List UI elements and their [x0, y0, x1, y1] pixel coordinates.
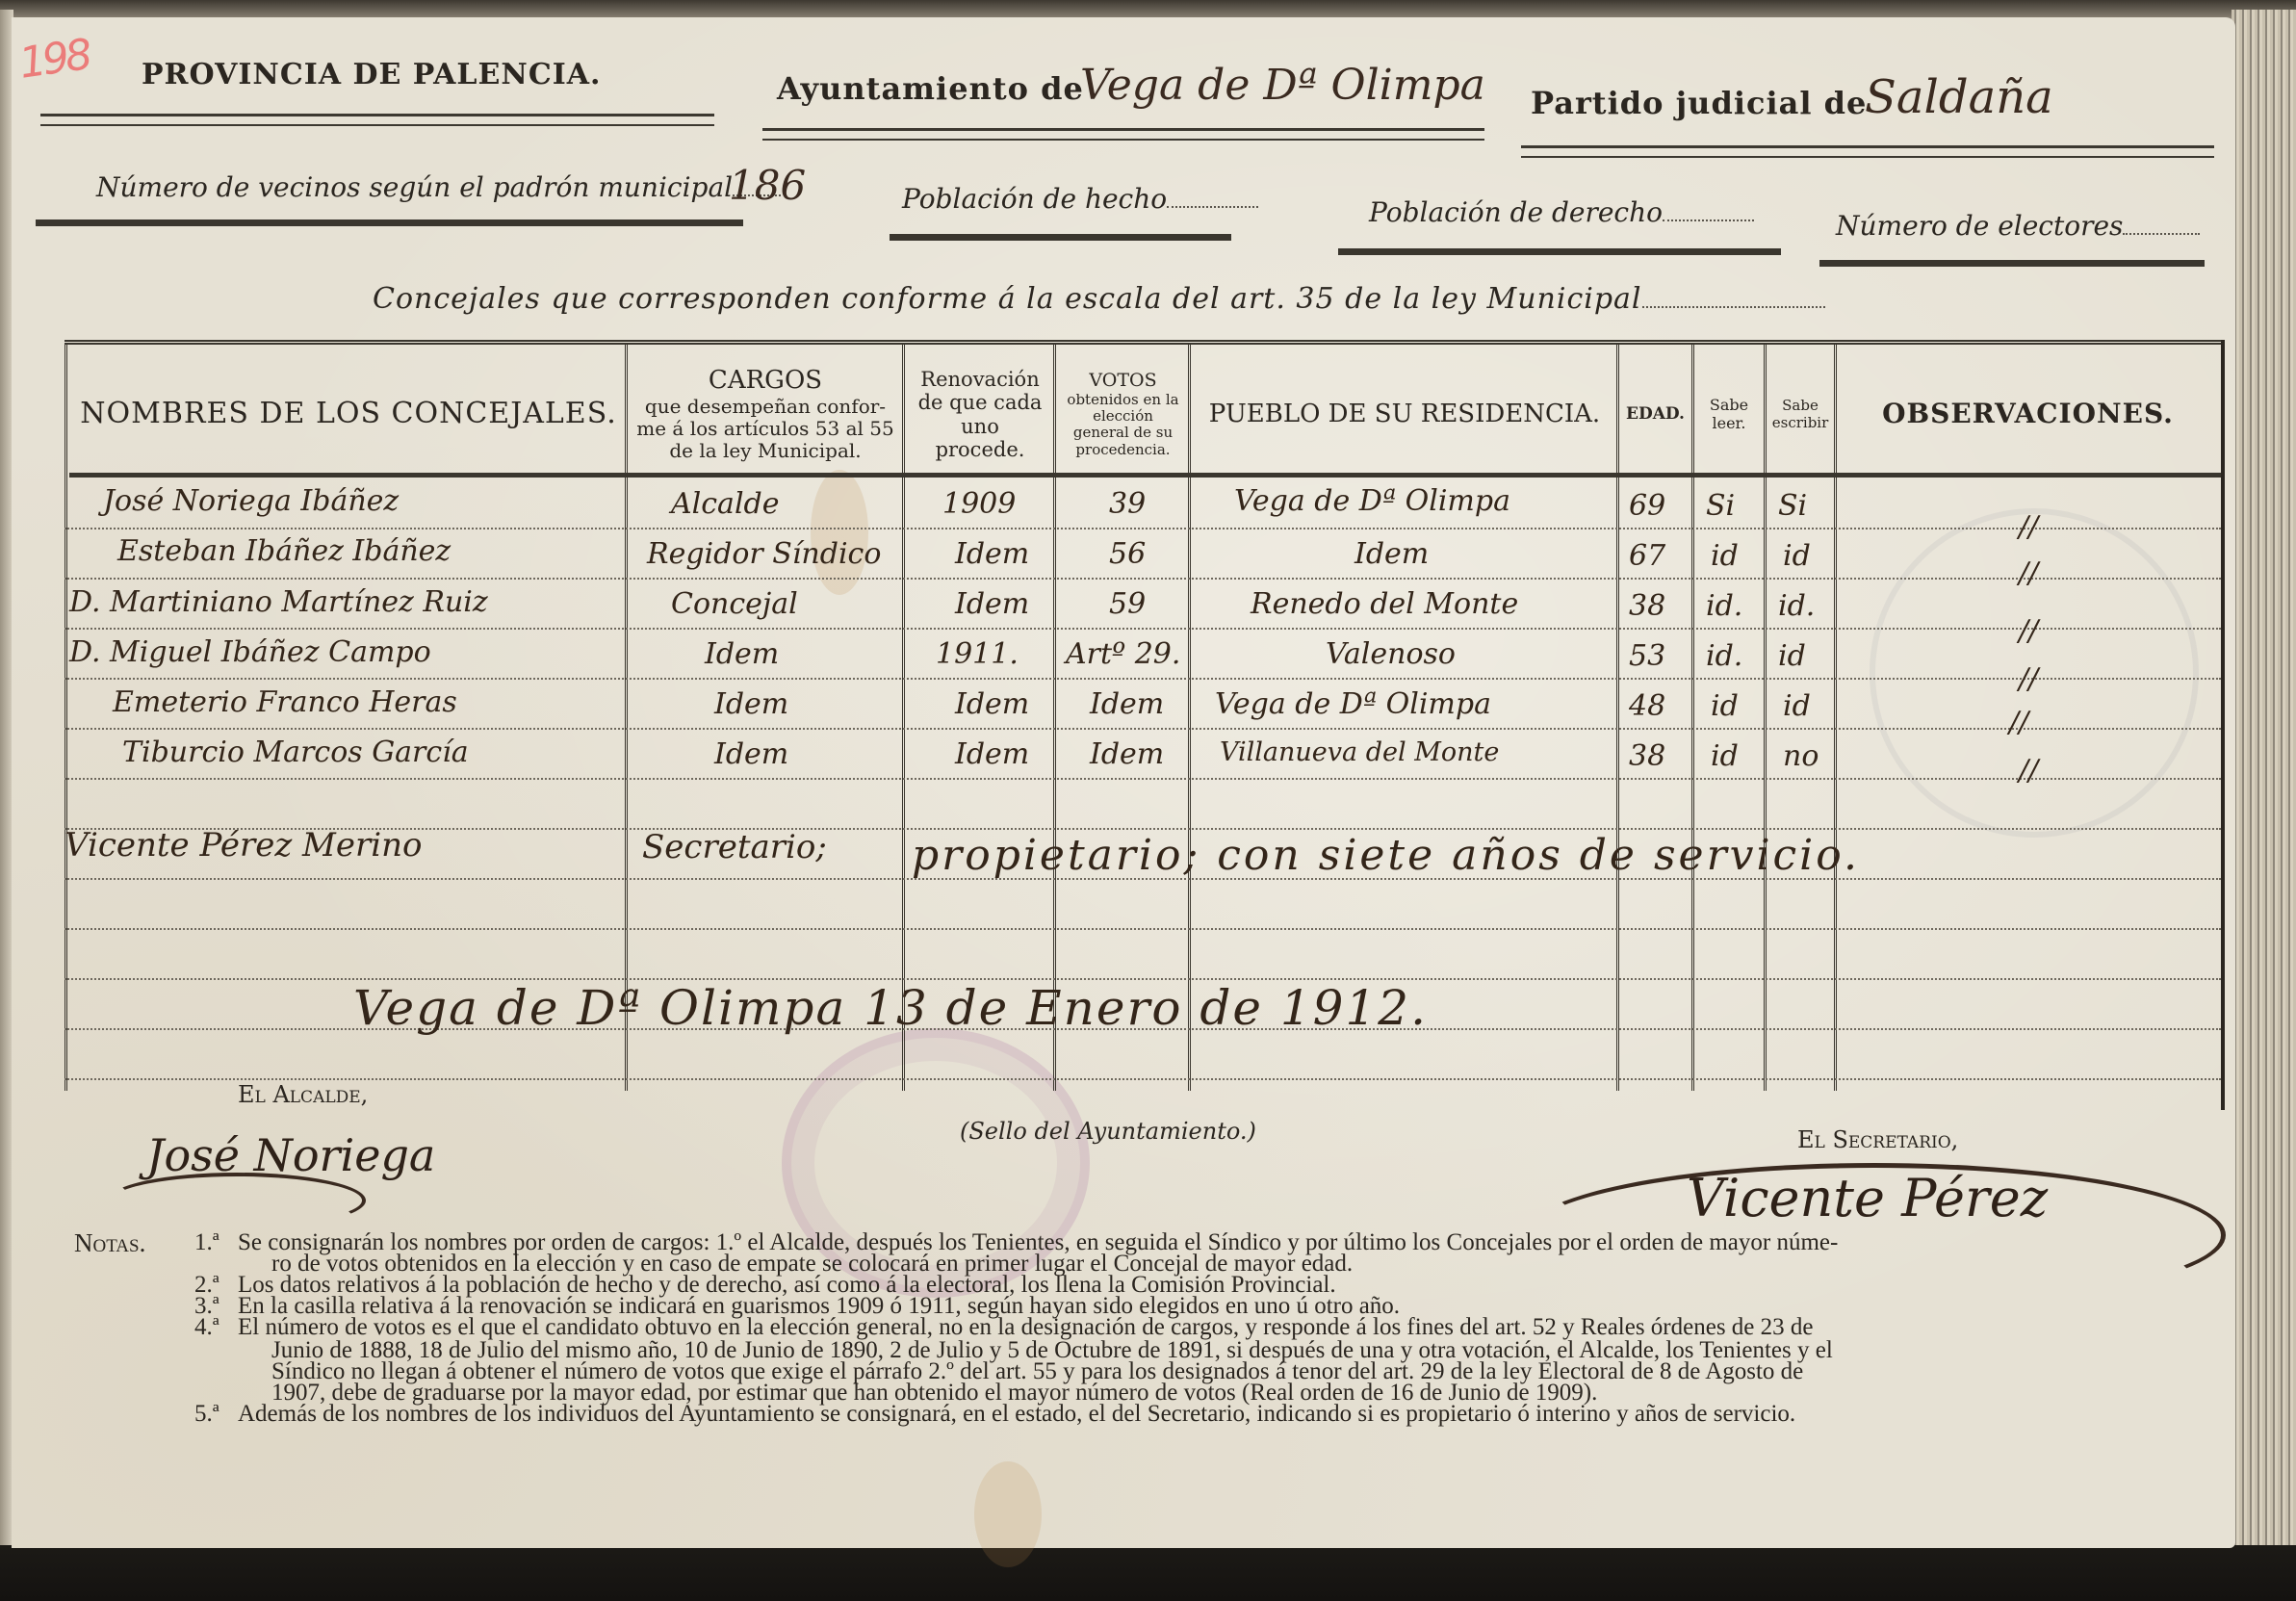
row-line — [64, 678, 2221, 680]
row-line — [64, 578, 2221, 580]
row-line — [64, 1078, 2221, 1080]
cell-leer: id — [1711, 689, 1739, 723]
secretario-cargo: Secretario; — [642, 828, 827, 866]
row-line — [64, 928, 2221, 930]
row-line — [64, 728, 2221, 730]
alcalde-signature: José Noriega — [146, 1129, 435, 1181]
cell-pueblo: Vega de Dª Olimpa — [1215, 687, 1491, 721]
header-edad: EDAD. — [1620, 354, 1690, 475]
notes-label: Notas. — [74, 1232, 145, 1255]
header-rule — [69, 473, 2221, 478]
header-rule — [1521, 145, 2214, 158]
document-page: 198 PROVINCIA DE PALENCIA. Ayuntamiento … — [12, 17, 2235, 1548]
header-rule — [762, 128, 1484, 141]
header-cargos-sub: que desempeñan confor- me á los artículo… — [631, 396, 900, 462]
cell-pueblo: Idem — [1354, 537, 1429, 571]
header-votos: VOTOS obtenidos en la elección general d… — [1059, 354, 1187, 475]
table-border-right — [2221, 340, 2225, 1110]
cell-edad: 69 — [1629, 489, 1665, 523]
cell-obs: // — [2019, 556, 2038, 590]
secretario-nombre: Vicente Pérez Merino — [64, 826, 422, 865]
header-observaciones: OBSERVACIONES. — [1838, 354, 2218, 475]
header-nombres: NOMBRES DE LOS CONCEJALES. — [74, 354, 623, 475]
cell-escribir: id — [1783, 689, 1811, 723]
cell-obs: // — [2019, 662, 2038, 696]
cell-edad: 48 — [1629, 689, 1665, 723]
cell-nombre: Emeterio Franco Heras — [113, 685, 457, 719]
book-page-edges — [2232, 10, 2296, 1560]
cell-cargo: Idem — [714, 737, 788, 771]
cell-nombre: Tiburcio Marcos García — [122, 736, 469, 769]
cell-edad: 38 — [1629, 739, 1665, 773]
electores-label: Número de electores — [1836, 210, 2200, 242]
header-votos-sub: obtenidos en la elección general de su p… — [1059, 392, 1187, 458]
cell-obs: // — [2019, 510, 2038, 544]
cell-nombre: Esteban Ibáñez Ibáñez — [117, 534, 451, 568]
foxing-stain — [974, 1461, 1042, 1567]
cell-votos: 39 — [1109, 487, 1146, 521]
cell-votos: 56 — [1109, 537, 1146, 571]
cell-pueblo: Villanueva del Monte — [1220, 737, 1499, 767]
cell-cargo: Idem — [714, 687, 788, 721]
alcalde-label: El Alcalde, — [238, 1081, 368, 1108]
vecinos-value: 186 — [729, 162, 806, 209]
header-sabe-escribir: Sabe escribir — [1767, 354, 1833, 475]
cell-obs: // — [2009, 706, 2028, 739]
field-rule — [1819, 260, 2205, 267]
cell-escribir: no — [1783, 739, 1819, 773]
cell-leer: Si — [1706, 489, 1735, 523]
cell-obs: // — [2019, 614, 2038, 648]
cell-cargo: Idem — [705, 637, 779, 671]
row-line — [64, 778, 2221, 780]
cell-renovacion: 1909 — [942, 487, 1016, 521]
cell-renovacion: 1911. — [936, 637, 1019, 671]
province-title: PROVINCIA DE PALENCIA. — [142, 58, 601, 91]
book-bottom-cover — [0, 1545, 2296, 1601]
note-line: 4.ªEl número de votos es el que el candi… — [194, 1317, 1814, 1338]
cell-leer: id. — [1706, 589, 1742, 623]
secretario-detalle: propietario; con siete años de servicio. — [912, 831, 1860, 880]
ayuntamiento-label: Ayuntamiento de — [777, 70, 1084, 107]
header-rule — [40, 114, 714, 126]
cell-pueblo: Renedo del Monte — [1251, 587, 1518, 621]
header-cargos: CARGOS que desempeñan confor- me á los a… — [631, 354, 900, 475]
row-line — [64, 628, 2221, 630]
cell-nombre: José Noriega Ibáñez — [103, 484, 399, 518]
partido-value: Saldaña — [1865, 70, 2053, 124]
cell-renovacion: Idem — [955, 737, 1029, 771]
cell-cargo: Regidor Síndico — [647, 537, 881, 571]
sello-label: (Sello del Ayuntamiento.) — [960, 1118, 1256, 1145]
cell-escribir: id — [1783, 539, 1811, 573]
note-line: 5.ªAdemás de los nombres de los individu… — [194, 1404, 1795, 1425]
cell-cargo: Alcalde — [671, 487, 780, 521]
folio-number: 198 — [16, 30, 91, 89]
cell-cargo: Concejal — [671, 587, 798, 621]
cell-pueblo: Valenoso — [1326, 637, 1456, 671]
header-sabe-leer: Sabe leer. — [1695, 354, 1763, 475]
concejales-label: Concejales que corresponden conforme á l… — [373, 282, 1825, 316]
poblacion-hecho-label: Población de hecho — [902, 183, 1258, 215]
cell-renovacion: Idem — [955, 587, 1029, 621]
partido-label: Partido judicial de — [1531, 85, 1867, 121]
cell-escribir: id. — [1778, 589, 1815, 623]
cell-leer: id. — [1706, 639, 1742, 673]
field-rule — [1338, 248, 1781, 255]
signature-flourish — [108, 1173, 366, 1228]
cell-leer: id — [1711, 539, 1739, 573]
header-cargos-title: CARGOS — [709, 367, 822, 396]
cell-votos: Idem — [1090, 687, 1164, 721]
cell-leer: id — [1711, 739, 1739, 773]
header-renovacion: Renovación de que cada uno procede. — [908, 354, 1052, 475]
cell-votos: 59 — [1109, 587, 1146, 621]
cell-obs: // — [2019, 754, 2038, 788]
cell-edad: 67 — [1629, 539, 1665, 573]
header-votos-title: VOTOS — [1089, 371, 1156, 392]
cell-nombre: D. Miguel Ibáñez Campo — [69, 635, 431, 669]
row-line — [64, 528, 2221, 529]
header-pueblo: PUEBLO DE SU RESIDENCIA. — [1194, 354, 1615, 475]
ayuntamiento-value: Vega de Dª Olimpa — [1080, 61, 1485, 110]
secretario-label: El Secretario, — [1797, 1126, 1958, 1153]
document-date-place: Vega de Dª Olimpa 13 de Enero de 1912. — [353, 980, 1428, 1036]
cell-votos: Idem — [1090, 737, 1164, 771]
poblacion-derecho-label: Población de derecho — [1369, 196, 1754, 228]
cell-renovacion: Idem — [955, 687, 1029, 721]
field-rule — [36, 219, 743, 226]
concejales-table: NOMBRES DE LOS CONCEJALES. CARGOS que de… — [64, 340, 2221, 1096]
cell-edad: 53 — [1629, 639, 1665, 673]
cell-pueblo: Vega de Dª Olimpa — [1234, 484, 1510, 518]
cell-escribir: id — [1778, 639, 1806, 673]
cell-escribir: Si — [1778, 489, 1807, 523]
cell-nombre: D. Martiniano Martínez Ruiz — [69, 585, 488, 619]
vecinos-label: Número de vecinos según el padrón munici… — [96, 171, 781, 203]
cell-votos: Artº 29. — [1066, 637, 1180, 671]
field-rule — [890, 234, 1231, 241]
cell-edad: 38 — [1629, 589, 1665, 623]
cell-renovacion: Idem — [955, 537, 1029, 571]
